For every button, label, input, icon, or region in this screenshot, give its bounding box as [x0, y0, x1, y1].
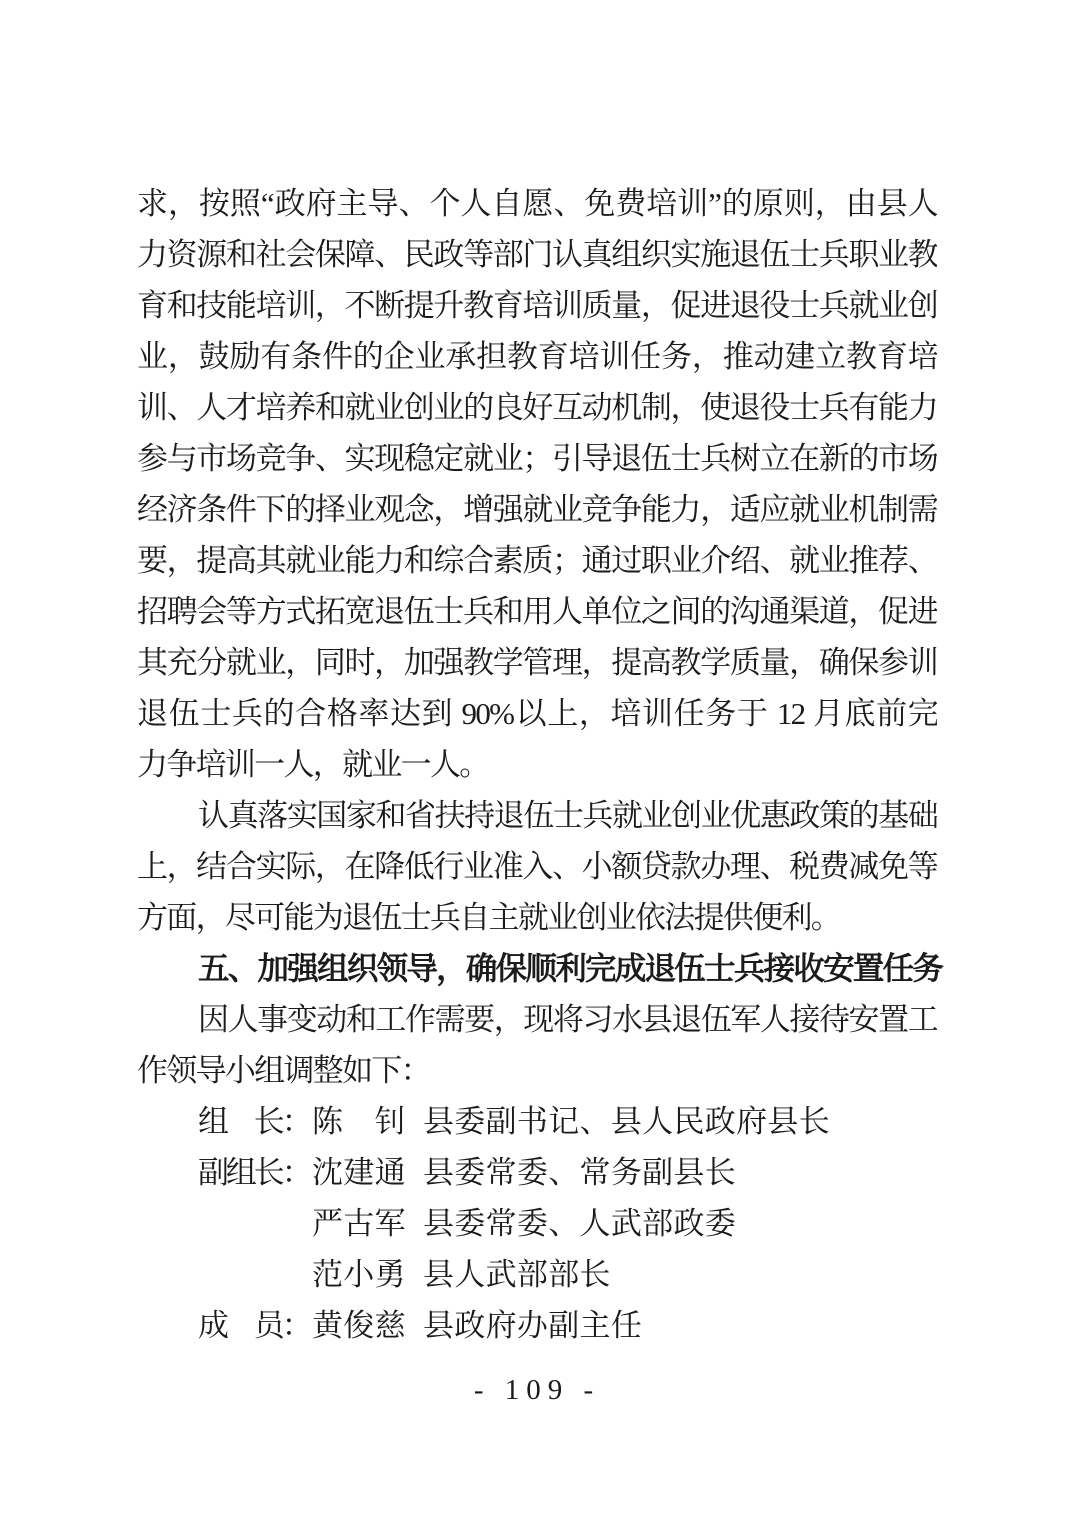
roster-title: 县委副书记、县人民政府县长	[423, 1096, 830, 1147]
body-line: 其充分就业，同时，加强教学管理，提高教学质量，确保参训	[137, 637, 937, 688]
roster-role: 副组长：	[198, 1147, 310, 1198]
roster-name: 沈建通	[312, 1147, 406, 1198]
body-line: 业，鼓励有条件的企业承担教育培训任务，推动建立教育培	[137, 331, 937, 382]
body-line: 育和技能培训，不断提升教育培训质量，促进退役士兵就业创	[137, 280, 937, 331]
roster-name: 黄俊慈	[312, 1300, 406, 1351]
body-line: 力资源和社会保障、民政等部门认真组织实施退伍士兵职业教	[137, 229, 937, 280]
document-body: 求，按照“政府主导、个人自愿、免费培训”的原则，由县人 力资源和社会保障、民政等…	[137, 178, 937, 1351]
body-line: 力争培训一人，就业一人。	[137, 739, 937, 790]
document-page: 求，按照“政府主导、个人自愿、免费培训”的原则，由县人 力资源和社会保障、民政等…	[0, 0, 1074, 1520]
roster-row: 范小勇 县人武部部长	[137, 1249, 937, 1300]
body-line: 认真落实国家和省扶持退伍士兵就业创业优惠政策的基础	[137, 790, 937, 841]
body-line: 训、人才培养和就业创业的良好互动机制，使退役士兵有能力	[137, 382, 937, 433]
body-line: 方面，尽可能为退伍士兵自主就业创业依法提供便利。	[137, 892, 937, 943]
roster-title: 县人武部部长	[423, 1249, 611, 1300]
roster-name: 严古军	[312, 1198, 406, 1249]
roster-name: 陈 钊	[312, 1096, 406, 1147]
roster-row: 副组长： 沈建通 县委常委、常务副县长	[137, 1147, 937, 1198]
roster-role: 组 长：	[198, 1096, 310, 1147]
body-line: 参与市场竞争、实现稳定就业；引导退伍士兵树立在新的市场	[137, 433, 937, 484]
roster-title: 县政府办副主任	[423, 1300, 642, 1351]
roster-title: 县委常委、人武部政委	[423, 1198, 736, 1249]
body-line: 经济条件下的择业观念，增强就业竞争能力，适应就业机制需	[137, 484, 937, 535]
body-line: 要，提高其就业能力和综合素质；通过职业介绍、就业推荐、	[137, 535, 937, 586]
roster-row: 成 员： 黄俊慈 县政府办副主任	[137, 1300, 937, 1351]
roster-row: 严古军 县委常委、人武部政委	[137, 1198, 937, 1249]
body-line: 上，结合实际，在降低行业准入、小额贷款办理、税费减免等	[137, 841, 937, 892]
body-line: 退伍士兵的合格率达到 90%以上，培训任务于 12 月底前完成，	[137, 688, 937, 739]
body-line: 求，按照“政府主导、个人自愿、免费培训”的原则，由县人	[137, 178, 937, 229]
roster-title: 县委常委、常务副县长	[423, 1147, 736, 1198]
roster-role: 成 员：	[198, 1300, 310, 1351]
body-line: 作领导小组调整如下：	[137, 1045, 937, 1096]
body-line: 因人事变动和工作需要，现将习水县退伍军人接待安置工	[137, 994, 937, 1045]
roster-row: 组 长： 陈 钊 县委副书记、县人民政府县长	[137, 1096, 937, 1147]
roster-name: 范小勇	[312, 1249, 406, 1300]
body-line: 招聘会等方式拓宽退伍士兵和用人单位之间的沟通渠道，促进	[137, 586, 937, 637]
section-heading: 五、加强组织领导，确保顺利完成退伍士兵接收安置任务	[137, 943, 937, 994]
page-number: - 109 -	[0, 1373, 1074, 1407]
